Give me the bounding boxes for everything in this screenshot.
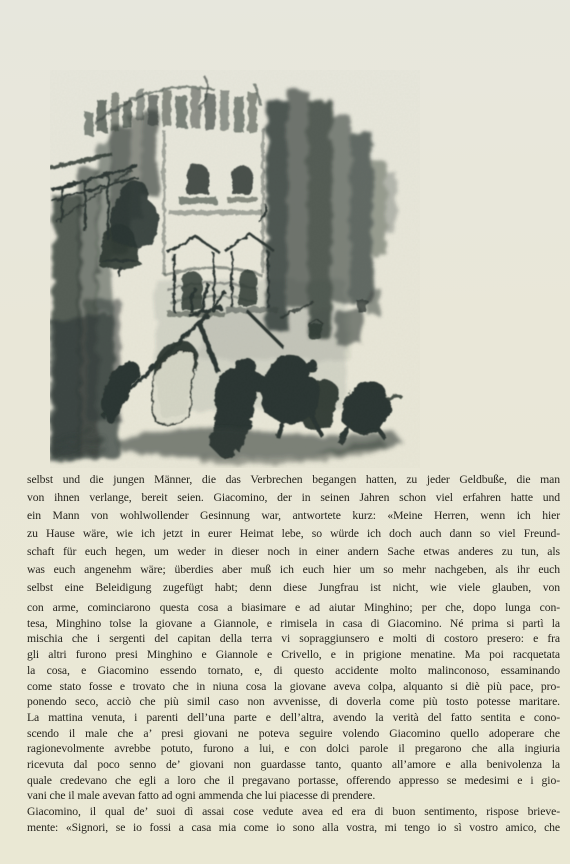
text-line: ponendo seco, acciò che più simil caso n…: [27, 694, 560, 710]
italian-paragraph-2: Giacomino, il qual de’ suoi dì assai cos…: [27, 804, 560, 835]
text-line: ricevuta dal poco senno de’ giovani non …: [27, 757, 560, 773]
text-line: zu Hause wäre, wie ich jetzt in eurer He…: [27, 525, 560, 543]
text-line: tesa, Minghino tolse la giovane a Gianno…: [27, 616, 560, 632]
text-line: selbst und die jungen Männer, die das Ve…: [27, 471, 560, 489]
text-line: schaft für euch hegen, um weder in diese…: [27, 543, 560, 561]
text-line: mischia che i sergenti del capitan della…: [27, 631, 560, 647]
text-line: La mattina venuta, i parenti dell’una pa…: [27, 710, 560, 726]
book-page: selbst und die jungen Männer, die das Ve…: [0, 0, 570, 864]
text-line: was euch angenehm wäre; überdies aber mu…: [27, 561, 560, 579]
text-line: ein Mann von wohlwollender Gesinnung war…: [27, 507, 560, 525]
text-line: gli altri furono presi Minghino e Gianno…: [27, 647, 560, 663]
text-line: come stato fosse e trovato che in niuna …: [27, 679, 560, 695]
text-line: ragionevolmente avrebbe potuto, furono a…: [27, 741, 560, 757]
text-line: con arme, cominciarono questa cosa a bia…: [27, 600, 560, 616]
text-line: scendo il male che a’ presi giovani ne p…: [27, 726, 560, 742]
text-line: quale credevano che egli a loro che il p…: [27, 773, 560, 789]
italian-paragraph-1: con arme, cominciarono questa cosa a bia…: [27, 600, 560, 804]
text-line: Giacomino, il qual de’ suoi dì assai cos…: [27, 804, 560, 820]
german-paragraph: selbst und die jungen Männer, die das Ve…: [27, 471, 560, 597]
text-line: selbst eine Beleidigung zugefügt habt; d…: [27, 579, 560, 597]
text-line: la cosa, e Giacomino essendo tornato, e,…: [27, 663, 560, 679]
italian-text: con arme, cominciarono questa cosa a bia…: [27, 600, 560, 836]
text-line: von ihnen verlange, bereit seien. Giacom…: [27, 489, 560, 507]
grain-overlay: [50, 70, 420, 468]
lithograph-illustration: [50, 70, 420, 468]
text-line: vani che il male avevan fatto ad ogni am…: [27, 788, 560, 804]
text-line: mente: «Signori, se io fossi a casa mia …: [27, 820, 560, 836]
